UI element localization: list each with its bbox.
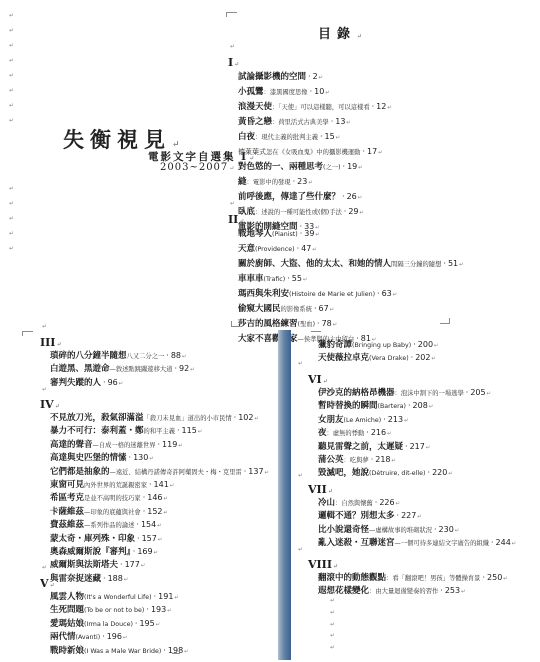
dot-separator: ·	[413, 340, 416, 349]
entry-page-number: 12	[376, 102, 386, 111]
dot-separator: ·	[308, 72, 311, 81]
page-boundary-mark	[22, 331, 33, 336]
entry-page-number: 195	[139, 619, 154, 628]
paragraph-mark: ↵	[50, 582, 55, 589]
entry-page-number: 17	[367, 147, 377, 156]
paragraph-mark: ↵	[330, 630, 335, 642]
dot-separator: ·	[482, 573, 485, 582]
paragraph-mark: ↵	[164, 510, 169, 516]
toc-section-V-continued: 獵豹奇譚(Bringing up Baby)·200↵天使薇拉卓克(Vera D…	[308, 339, 439, 366]
dot-separator: ·	[297, 244, 300, 253]
toc-entry: 東窗可見內外世界的荒誕親密家·141↵	[50, 479, 269, 492]
toc-entry: 高達的聲音—自成一格的迷離世界·119↵	[50, 439, 269, 452]
toc-entry: 奧森威爾斯說『審判』·169↵	[50, 546, 269, 559]
dot-separator: ·	[397, 511, 400, 520]
dot-separator: ·	[491, 538, 494, 547]
entry-page-number: 26	[347, 192, 357, 201]
dot-separator: ·	[136, 520, 139, 529]
entry-page-number: 23	[297, 177, 307, 186]
entry-title: 白遊黑、黑遊命	[50, 364, 110, 374]
entry-title: 毀滅吧，她說	[318, 468, 369, 478]
toc-entry: 伊沙克的納格昂機器：泡沫中割下的一場逃學·205↵	[318, 387, 491, 400]
toc-entry: 生死問題(To be or not to be)·193↵	[50, 604, 189, 617]
section-numeral-text: IV	[40, 398, 54, 411]
entry-annotation: 的影像系統	[281, 306, 312, 313]
paragraph-mark: ↵	[190, 367, 195, 373]
paragraph-mark: ↵	[358, 195, 363, 201]
entry-page-number: 157	[142, 534, 157, 543]
entry-title: 瑪西與朱利安	[238, 289, 289, 299]
entry-annotation: —自成一格的迷離世界	[93, 442, 156, 449]
entry-title: 試論攝影機的空間	[238, 72, 306, 82]
page-boundary-mark	[440, 318, 450, 324]
page-boundary-mark	[226, 12, 237, 17]
dot-separator: ·	[317, 319, 320, 328]
section-entries: 翻滾中的動態觀點：看「翻滾吧！男孩」等體操育景·250↵遐想花樣變化：由大量迴盪…	[308, 572, 508, 599]
section-numeral: VIII↵	[308, 558, 508, 572]
entry-page-number: 51	[448, 259, 458, 268]
toc-entry: 兩代情(Avanti)·196↵	[50, 631, 189, 644]
paragraph-mark: ↵	[239, 218, 244, 225]
entry-page-number: 2	[313, 72, 318, 81]
toc-entry: 蒙太奇・庫列殊・印象·157↵	[50, 533, 269, 546]
entry-annotation: (I Was a Male War Bride)	[84, 648, 161, 655]
paragraph-mark: ↵	[392, 458, 397, 464]
dot-separator: ·	[154, 592, 157, 601]
paragraph-mark: ↵	[9, 23, 14, 38]
entry-title: 夜	[318, 428, 327, 438]
paragraph-mark: ↵	[387, 431, 392, 437]
paragraph-mark: ↵	[330, 642, 335, 654]
entry-annotation: (Avanti)	[76, 634, 101, 641]
toc-entry: 聽見雷聲之前，太遲疑·217↵	[318, 441, 491, 454]
section-numeral: II↵	[228, 213, 464, 227]
dot-separator: ·	[174, 364, 177, 373]
entry-page-number: 217	[410, 442, 425, 451]
section-entries: 伊沙克的納格昂機器：泡沫中割下的一場逃學·205↵暫時替換的瞬間(Bartera…	[308, 387, 491, 481]
toc-entry: 瑣碎的八分鐘半隨想八又二分之一·88↵	[50, 350, 195, 363]
paragraph-mark: ↵	[123, 635, 128, 641]
paragraph-mark: ↵	[312, 247, 317, 253]
dot-separator: ·	[314, 304, 317, 313]
toc-entry: 愛瑪姑娘(Irma la Douce)·195↵	[50, 618, 189, 631]
entry-annotation: 八又二分之一	[127, 353, 165, 360]
entry-page-number: 196	[107, 632, 122, 641]
entry-annotation: (之一)	[323, 164, 341, 171]
entry-page-number: 102	[238, 413, 253, 422]
page-boundary-mark	[231, 321, 240, 327]
dot-separator: ·	[244, 467, 247, 476]
dot-separator: ·	[163, 646, 166, 655]
cover-empty-paragraph-marks-top: ↵↵↵↵↵↵↵↵	[9, 8, 14, 128]
paragraph-mark: ↵	[9, 8, 14, 23]
entry-page-number: 205	[470, 388, 485, 397]
toc-entry: 前呼後應，傳達了些什麼？·26↵	[238, 190, 392, 205]
toc-section-VI: VI↵ 伊沙克的納格昂機器：泡沫中割下的一場逃學·205↵暫時替換的瞬間(Bar…	[308, 373, 491, 481]
toc-entry: 小孤鸞：漆黑國度思像·10↵	[238, 85, 392, 100]
toc-entry: 縫：電影中的發現·23↵	[238, 175, 392, 190]
toc-entry: 偷窺大國民的影像系統·67↵	[238, 302, 464, 317]
paragraph-mark: ↵	[298, 472, 303, 479]
toc-entry: 試論攝影機的空間·2↵	[238, 70, 392, 85]
entry-annotation: —一個可待多連結文字廣告的組織	[395, 540, 489, 547]
entry-title: 高達與史匹堡的情愫	[50, 453, 127, 463]
paragraph-mark: ↵	[170, 483, 175, 489]
paragraph-mark: ↵	[404, 418, 409, 424]
dot-separator: ·	[143, 507, 146, 516]
toc-section-VII: VII↵ 冷山：自然與懷舊·226↵邏輯不通？別想太多·227↵比小說還奇怪—虛…	[308, 483, 516, 551]
dot-separator: ·	[287, 274, 290, 283]
entry-annotation: 怎在《女吸血鬼》中的攝影機運動	[266, 149, 360, 156]
entry-annotation: (Histoire de Marie et Julien)	[289, 291, 375, 298]
paragraph-mark: ↵	[9, 241, 14, 256]
paragraph-mark: ↵	[393, 292, 398, 298]
toc-section-VIII: VIII↵ 翻滾中的動態觀點：看「翻滾吧！男孩」等體操育景·250↵遐想花樣變化…	[308, 558, 508, 599]
section-numeral-text: VI	[308, 373, 322, 386]
dot-separator: ·	[372, 102, 375, 111]
toc-heading-text: 目錄	[318, 27, 356, 42]
paragraph-mark: ↵	[158, 537, 163, 543]
paragraph-mark: ↵	[358, 165, 363, 171]
section-numeral-text: V	[40, 577, 49, 590]
entry-title: 風雲人物	[50, 592, 84, 602]
entry-annotation: (聖血)	[298, 321, 316, 328]
dot-separator: ·	[137, 534, 140, 543]
entry-page-number: 15	[325, 132, 335, 141]
entry-title: 奧森威爾斯說『審判』	[50, 547, 131, 557]
entry-title: 邏輯不通？別想太多	[318, 511, 395, 521]
entry-annotation: ：自然與懷舊	[335, 500, 373, 507]
toc-entry: 翻滾中的動態觀點：看「翻滾吧！男孩」等體操育景·250↵	[318, 572, 508, 585]
dot-separator: ·	[331, 117, 334, 126]
entry-title: 威爾斯與法斯塔夫	[50, 560, 118, 570]
entry-title: 蒲公英	[318, 455, 344, 465]
paragraph-mark: ↵	[434, 343, 439, 349]
toc-entry: 不見放刀光，殺氣卻滿溢「殺刀未見血」道出的小市民情·102↵	[50, 412, 269, 425]
toc-entry: 獵豹奇譚(Bringing up Baby)·200↵	[318, 339, 439, 352]
section-numeral: V↵	[40, 577, 189, 591]
entry-page-number: 208	[413, 401, 428, 410]
entry-title: 伊沙克的納格昂機器	[318, 388, 395, 398]
toc-entry: 戰地琴人(Pianist)·39↵	[238, 227, 464, 242]
paragraph-mark: ↵	[417, 514, 422, 520]
entry-title: 審判失蹤的人	[50, 378, 101, 388]
entry-title: 費茲維茲	[50, 520, 84, 530]
dot-separator: ·	[440, 586, 443, 595]
dot-separator: ·	[143, 493, 146, 502]
entry-title: 黃昏之戀	[238, 117, 272, 127]
paragraph-mark: ↵	[448, 471, 453, 477]
toc-entry: 邏輯不通？別想太多·227↵	[318, 510, 516, 523]
dot-separator: ·	[383, 415, 386, 424]
paragraph-mark: ↵	[319, 75, 324, 81]
entry-title: 前呼後應，傳達了些什麼？	[238, 192, 340, 202]
entry-page-number: 47	[301, 244, 311, 253]
toc-heading: 目錄↵	[318, 23, 368, 42]
entry-annotation: (Bringing up Baby)	[352, 342, 411, 349]
entry-title: 不見放刀光，殺氣卻滿溢	[50, 413, 144, 423]
entry-title: 浪漫天使	[238, 102, 272, 112]
paragraph-mark: ↵	[157, 523, 162, 529]
toc-entry: 威爾斯與法斯塔夫·177↵	[50, 559, 269, 572]
dot-separator: ·	[102, 632, 105, 641]
dot-separator: ·	[310, 87, 313, 96]
entry-page-number: 141	[154, 480, 169, 489]
entry-page-number: 216	[371, 428, 386, 437]
paragraph-mark: ↵	[56, 341, 61, 348]
entry-page-number: 230	[439, 525, 454, 534]
dot-separator: ·	[343, 162, 346, 171]
dot-separator: ·	[146, 605, 149, 614]
paragraph-mark: ↵	[182, 354, 187, 360]
entry-page-number: 213	[388, 415, 403, 424]
entry-title: 愛瑪姑娘	[50, 619, 84, 629]
toc-entry: 戰時新娘(I Was a Male War Bride)·198↵	[50, 645, 189, 658]
page-boundary-mark	[172, 653, 180, 654]
entry-page-number: 152	[147, 507, 162, 516]
book-years: 2003~2007↵	[160, 162, 235, 173]
toc-entry: 對色慾的一、兩種思考(之一)·19↵	[238, 160, 392, 175]
section-numeral-text: III	[40, 336, 55, 349]
paragraph-mark: ↵	[141, 563, 146, 569]
paragraph-mark: ↵	[154, 550, 159, 556]
entry-page-number: 119	[162, 440, 177, 449]
paragraph-mark: ↵	[503, 576, 508, 582]
paragraph-mark: ↵	[255, 416, 260, 422]
toc-entry: 暴力不可行：泰利蓋・鄭的和平主義·115↵	[50, 425, 269, 438]
dot-separator: ·	[342, 192, 345, 201]
entry-title: 亂入迷殺・互聯迷宮	[318, 538, 395, 548]
entry-page-number: 154	[141, 520, 156, 529]
document-canvas: ↵↵↵↵↵↵↵↵ ↵↵↵↵↵ 失衡視見↵ 電影文字自選集 I↵ 2003~200…	[0, 0, 540, 662]
toc-entry: 白遊黑、黑遊命—敘述點跳躍遊移大道·92↵	[50, 363, 195, 376]
dot-separator: ·	[411, 353, 414, 362]
section-entries: 不見放刀光，殺氣卻滿溢「殺刀未見血」道出的小市民情·102↵暴力不可行：泰利蓋・…	[40, 412, 269, 586]
entry-page-number: 67	[319, 304, 329, 313]
toc-entry: 蒲公英：吃與夢·218↵	[318, 454, 491, 467]
entry-title: 希區考克	[50, 493, 84, 503]
cover-empty-paragraph-marks-bottom: ↵↵↵↵↵	[9, 181, 14, 256]
entry-annotation: ：荷里活式古典美學	[272, 119, 329, 126]
paragraph-mark: ↵	[455, 528, 460, 534]
paragraph-mark: ↵	[330, 619, 335, 631]
entry-annotation: (Trafic)	[264, 276, 286, 283]
entry-page-number: 191	[158, 592, 173, 601]
entry-title: 小孤鸞	[238, 87, 264, 97]
paragraph-mark: ↵	[184, 649, 189, 655]
entry-title: 東窗可見	[50, 480, 84, 490]
paragraph-mark: ↵	[429, 404, 434, 410]
paragraph-mark: ↵	[9, 68, 14, 83]
paragraph-mark: ↵	[330, 607, 335, 619]
entry-page-number: 115	[182, 426, 197, 435]
section-entries: 獵豹奇譚(Bringing up Baby)·200↵天使薇拉卓克(Vera D…	[308, 339, 439, 366]
paragraph-mark: ↵	[9, 113, 14, 128]
paragraph-mark: ↵	[230, 43, 235, 50]
entry-page-number: 10	[314, 87, 324, 96]
entry-page-number: 96	[108, 378, 118, 387]
entry-page-number: 137	[248, 467, 263, 476]
entry-page-number: 200	[418, 340, 433, 349]
toc-entry: 瑪西與朱利安(Histoire de Marie et Julien)·63↵	[238, 287, 464, 302]
section-numeral: VII↵	[308, 483, 516, 497]
entry-annotation: (Détruire, dit-elle)	[369, 470, 426, 477]
entry-title: 白夜	[238, 132, 255, 142]
entry-page-number: 250	[487, 573, 502, 582]
entry-title: 暴力不可行：泰利蓋・鄭	[50, 426, 144, 436]
paragraph-mark: ↵	[9, 211, 14, 226]
toc-entry: 暫時替換的瞬間(Bartera)·208↵	[318, 400, 491, 413]
paragraph-mark: ↵	[234, 61, 239, 68]
toc-entry: 比小說還奇怪—虛構故事的堆砌狀況·230↵	[318, 524, 516, 537]
entry-title: 翻滾中的動態觀點	[318, 573, 386, 583]
entry-page-number: 220	[432, 468, 447, 477]
entry-page-number: 193	[151, 605, 166, 614]
dot-separator: ·	[362, 147, 365, 156]
toc-entry: 車車車(Trafic)·55↵	[238, 272, 464, 287]
entry-title: 德萊葉式	[238, 148, 266, 156]
entry-title: 莎吉的風格練習	[238, 319, 298, 329]
entry-page-number: 63	[382, 289, 392, 298]
paragraph-mark: ↵	[459, 262, 464, 268]
section-entries: 試論攝影機的空間·2↵小孤鸞：漆黑國度思像·10↵浪漫天使：「天使」可以這樣聽，…	[228, 70, 392, 235]
dot-separator: ·	[166, 351, 169, 360]
dot-separator: ·	[133, 547, 136, 556]
toc-entry: 關於廚師、大盜、他的太太、和她的情人間隔三分鐘的隨想·51↵	[238, 257, 464, 272]
entry-annotation: ：看「翻滾吧！男孩」等體操育景	[386, 575, 480, 582]
dot-separator: ·	[428, 468, 431, 477]
entry-annotation: (Vera Drake)	[369, 355, 409, 362]
paragraph-mark: ↵	[303, 277, 308, 283]
paragraph-mark: ↵	[328, 488, 333, 495]
entry-page-number: 244	[496, 538, 511, 547]
entry-title: 高達的聲音	[50, 440, 93, 450]
paragraph-mark: ↵	[330, 595, 335, 607]
section-entries: 瑣碎的八分鐘半隨想八又二分之一·88↵白遊黑、黑遊命—敘述點跳躍遊移大道·92↵…	[40, 350, 195, 390]
paragraph-mark: ↵	[357, 33, 368, 40]
entry-title: 它們都是抽象的	[50, 467, 110, 477]
entry-title: 生死問題	[50, 605, 84, 615]
section-numeral: VI↵	[308, 373, 491, 387]
entry-title: 縫	[238, 177, 247, 187]
entry-title: 遐想花樣變化	[318, 586, 369, 596]
section-numeral-text: VII	[308, 483, 327, 496]
paragraph-mark: ↵	[333, 563, 338, 570]
entry-annotation: ：泡沫中割下的一場逃學	[395, 390, 464, 397]
entry-title: 冷山	[318, 498, 335, 508]
toc-entry: 白夜：現代主義的批判主義·15↵	[238, 130, 392, 145]
toc-section-IV: IV↵ 不見放刀光，殺氣卻滿溢「殺刀未見血」道出的小市民情·102↵暴力不可行：…	[40, 398, 269, 586]
paragraph-mark: ↵	[336, 135, 341, 141]
entry-annotation: —敘述點跳躍遊移大道	[110, 366, 173, 373]
paragraph-mark: ↵	[9, 83, 14, 98]
section-numeral: IV↵	[40, 398, 269, 412]
toc-entry: 黃昏之戀：荷里活式古典美學·13↵	[238, 115, 392, 130]
entry-annotation: —印象的底蘊與社會	[84, 509, 141, 516]
paragraph-mark: ↵	[119, 381, 124, 387]
entry-annotation: —遠近、結構丹諾傳奇許阿藥固夫・梅・克里雷	[110, 469, 242, 476]
vertical-divider-bar	[278, 330, 291, 660]
paragraph-mark: ↵	[378, 150, 383, 156]
section-entries: 冷山：自然與懷舊·226↵邏輯不通？別想太多·227↵比小說還奇怪—虛構故事的堆…	[308, 497, 516, 551]
section-entries: 戰地琴人(Pianist)·39↵天意(Providence)·47↵關於廚師、…	[228, 227, 464, 347]
paragraph-mark: ↵	[323, 378, 328, 385]
dot-separator: ·	[375, 498, 378, 507]
entry-annotation: (To be or not to be)	[84, 607, 144, 614]
entry-page-number: 13	[335, 117, 345, 126]
entry-title: 對色慾的一、兩種思考	[238, 162, 323, 172]
entry-title: 偷窺大國民	[238, 304, 281, 314]
paragraph-mark: ↵	[156, 622, 161, 628]
dot-separator: ·	[157, 440, 160, 449]
paragraph-mark: ↵	[42, 323, 47, 330]
dot-separator: ·	[293, 177, 296, 186]
entry-annotation: (Pianist)	[272, 231, 298, 238]
entry-title: 車車車	[238, 274, 264, 284]
paragraph-mark: ↵	[265, 470, 270, 476]
toc-empty-paragraph-marks: ↵↵↵↵↵	[330, 595, 335, 654]
dot-separator: ·	[300, 229, 303, 238]
toc-entry: 天意(Providence)·47↵	[238, 242, 464, 257]
paragraph-mark: ↵	[149, 456, 154, 462]
entry-title: 兩代情	[50, 632, 76, 642]
entry-page-number: 92	[179, 364, 189, 373]
toc-entry: 女朋友(Le Amiche)·213↵	[318, 414, 491, 427]
entry-annotation: ：電影中的發現	[247, 179, 291, 186]
entry-page-number: 130	[133, 453, 148, 462]
paragraph-mark: ↵	[9, 181, 14, 196]
entry-title: 暫時替換的瞬間	[318, 401, 378, 411]
paragraph-mark: ↵	[387, 105, 392, 111]
dot-separator: ·	[320, 132, 323, 141]
paragraph-mark: ↵	[308, 180, 313, 186]
paragraph-mark: ↵	[198, 429, 203, 435]
toc-entry: 它們都是抽象的—遠近、結構丹諾傳奇許阿藥固夫・梅・克里雷·137↵	[50, 466, 269, 479]
paragraph-mark: ↵	[346, 120, 351, 126]
entry-annotation: (It's a Wonderful Life)	[84, 594, 152, 601]
toc-entry: 審判失蹤的人·96↵	[50, 377, 195, 390]
paragraph-mark: ↵	[178, 443, 183, 449]
toc-entry: 夜：虛無的悸動·216↵	[318, 427, 491, 440]
entry-title: 蒙太奇・庫列殊・印象	[50, 534, 135, 544]
entry-annotation: 的和平主義	[144, 428, 175, 435]
dot-separator: ·	[443, 259, 446, 268]
entry-page-number: 177	[125, 560, 140, 569]
dot-separator: ·	[234, 413, 237, 422]
entry-page-number: 88	[171, 351, 181, 360]
section-numeral: III↵	[40, 336, 195, 350]
paragraph-mark: ↵	[167, 608, 172, 614]
paragraph-mark: ↵	[9, 226, 14, 241]
entry-annotation: 內外世界的荒誕親密家	[84, 482, 147, 489]
paragraph-mark: ↵	[9, 196, 14, 211]
page-boundary-mark	[311, 331, 321, 332]
entry-title: 卡薩維茲	[50, 507, 84, 517]
entry-page-number: 78	[322, 319, 332, 328]
paragraph-mark: ↵	[396, 501, 401, 507]
entry-title: 戰地琴人	[238, 229, 272, 239]
section-numeral-text: VIII	[308, 558, 332, 571]
dot-separator: ·	[177, 426, 180, 435]
entry-title: 獵豹奇譚	[318, 340, 352, 350]
dot-separator: ·	[149, 480, 152, 489]
paragraph-mark: ↵	[9, 53, 14, 68]
dot-separator: ·	[466, 388, 469, 397]
toc-section-II: II↵ 戰地琴人(Pianist)·39↵天意(Providence)·47↵關…	[228, 213, 464, 347]
toc-section-III: III↵ 瑣碎的八分鐘半隨想八又二分之一·88↵白遊黑、黑遊命—敘述點跳躍遊移大…	[40, 336, 195, 390]
section-entries: 風雲人物(It's a Wonderful Life)·191↵生死問題(To …	[40, 591, 189, 658]
entry-annotation: ：現代主義的批判主義	[255, 134, 318, 141]
